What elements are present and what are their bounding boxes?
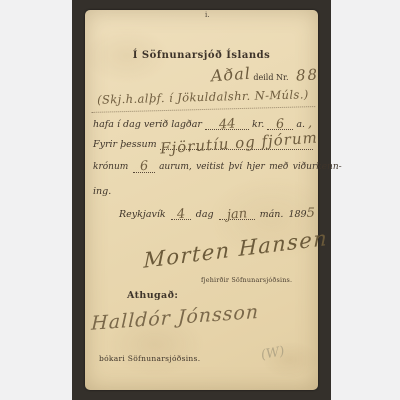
department-number-label: deild Nr. xyxy=(253,73,288,82)
day-handwritten: 4 xyxy=(176,211,185,220)
year-printed: 189 xyxy=(288,209,306,220)
hyphenated-word-tail: ing. xyxy=(93,186,111,197)
treasurer-signature: Morten Hansen xyxy=(143,227,317,273)
fund-title: Í Söfnunarsjóð Íslands xyxy=(85,50,318,61)
day-label: dag xyxy=(196,209,214,220)
kronur-blank: 44 xyxy=(205,120,249,130)
aurar-words-blank: 6 xyxy=(133,162,155,173)
kronur-value-handwritten: 44 xyxy=(218,120,235,129)
photo-background: i. Í Söfnunarsjóð Íslands Aðal deild Nr.… xyxy=(72,0,331,400)
month-blank: jan xyxy=(219,210,255,220)
department-number-handwritten: 88 xyxy=(296,65,320,84)
department-line: Aðal deild Nr. 88 xyxy=(211,65,319,84)
kronum-aurum-line: krónum 6 aurum, veitist því hjer með við… xyxy=(93,162,342,173)
city-label: Reykjavík xyxy=(119,209,166,220)
amount-in-words-line: Fyrir þessum Fjörutíu og fjórum xyxy=(93,138,313,150)
day-blank: 4 xyxy=(171,210,191,220)
depositor-name-handwritten: (Skj.h.alþf. í Jökuldalshr. N-Múls.) xyxy=(91,87,315,113)
words-lead-text: Fyrir þessum xyxy=(93,139,157,150)
checked-label: Athugað: xyxy=(127,290,178,301)
top-edge-mark: i. xyxy=(205,11,209,19)
amount-lead-text: hafa í dag verið lagðar xyxy=(93,119,202,130)
amount-words-handwritten: Fjörutíu og fjórum xyxy=(160,134,318,153)
pencil-annotation: (W) xyxy=(260,344,286,363)
amount-line: hafa í dag verið lagðar 44 kr. 6 a. , xyxy=(93,116,312,131)
month-label: mán. xyxy=(260,209,284,220)
aurar-value-handwritten: 6 xyxy=(276,121,285,130)
receipt-card: i. Í Söfnunarsjóð Íslands Aðal deild Nr.… xyxy=(85,10,318,390)
scanned-page: i. Í Söfnunarsjóð Íslands Aðal deild Nr.… xyxy=(0,0,400,400)
month-handwritten: jan xyxy=(226,210,247,219)
aurar-words-handwritten: 6 xyxy=(139,163,148,172)
amount-words-blank: Fjörutíu og fjórum xyxy=(160,138,313,150)
department-name-handwritten: Aðal xyxy=(210,64,251,86)
acknowledgement-text: aurum, veitist því hjer með viðurkenn- xyxy=(159,162,342,172)
aurar-unit-label: a. xyxy=(296,119,305,130)
treasurer-title: fjehirðir Söfnunarsjóðsins. xyxy=(201,276,292,284)
kronur-unit-label: kr. xyxy=(252,119,264,130)
date-line: Reykjavík 4 dag jan mán. 1895 xyxy=(119,206,315,221)
year-digit-handwritten: 5 xyxy=(307,206,315,221)
bookkeeper-title: bókari Söfnunarsjóðsins. xyxy=(99,354,200,363)
aurar-blank: 6 xyxy=(267,120,293,130)
kronum-label: krónum xyxy=(93,162,128,172)
bookkeeper-signature: Halldór Jónsson xyxy=(91,297,311,334)
